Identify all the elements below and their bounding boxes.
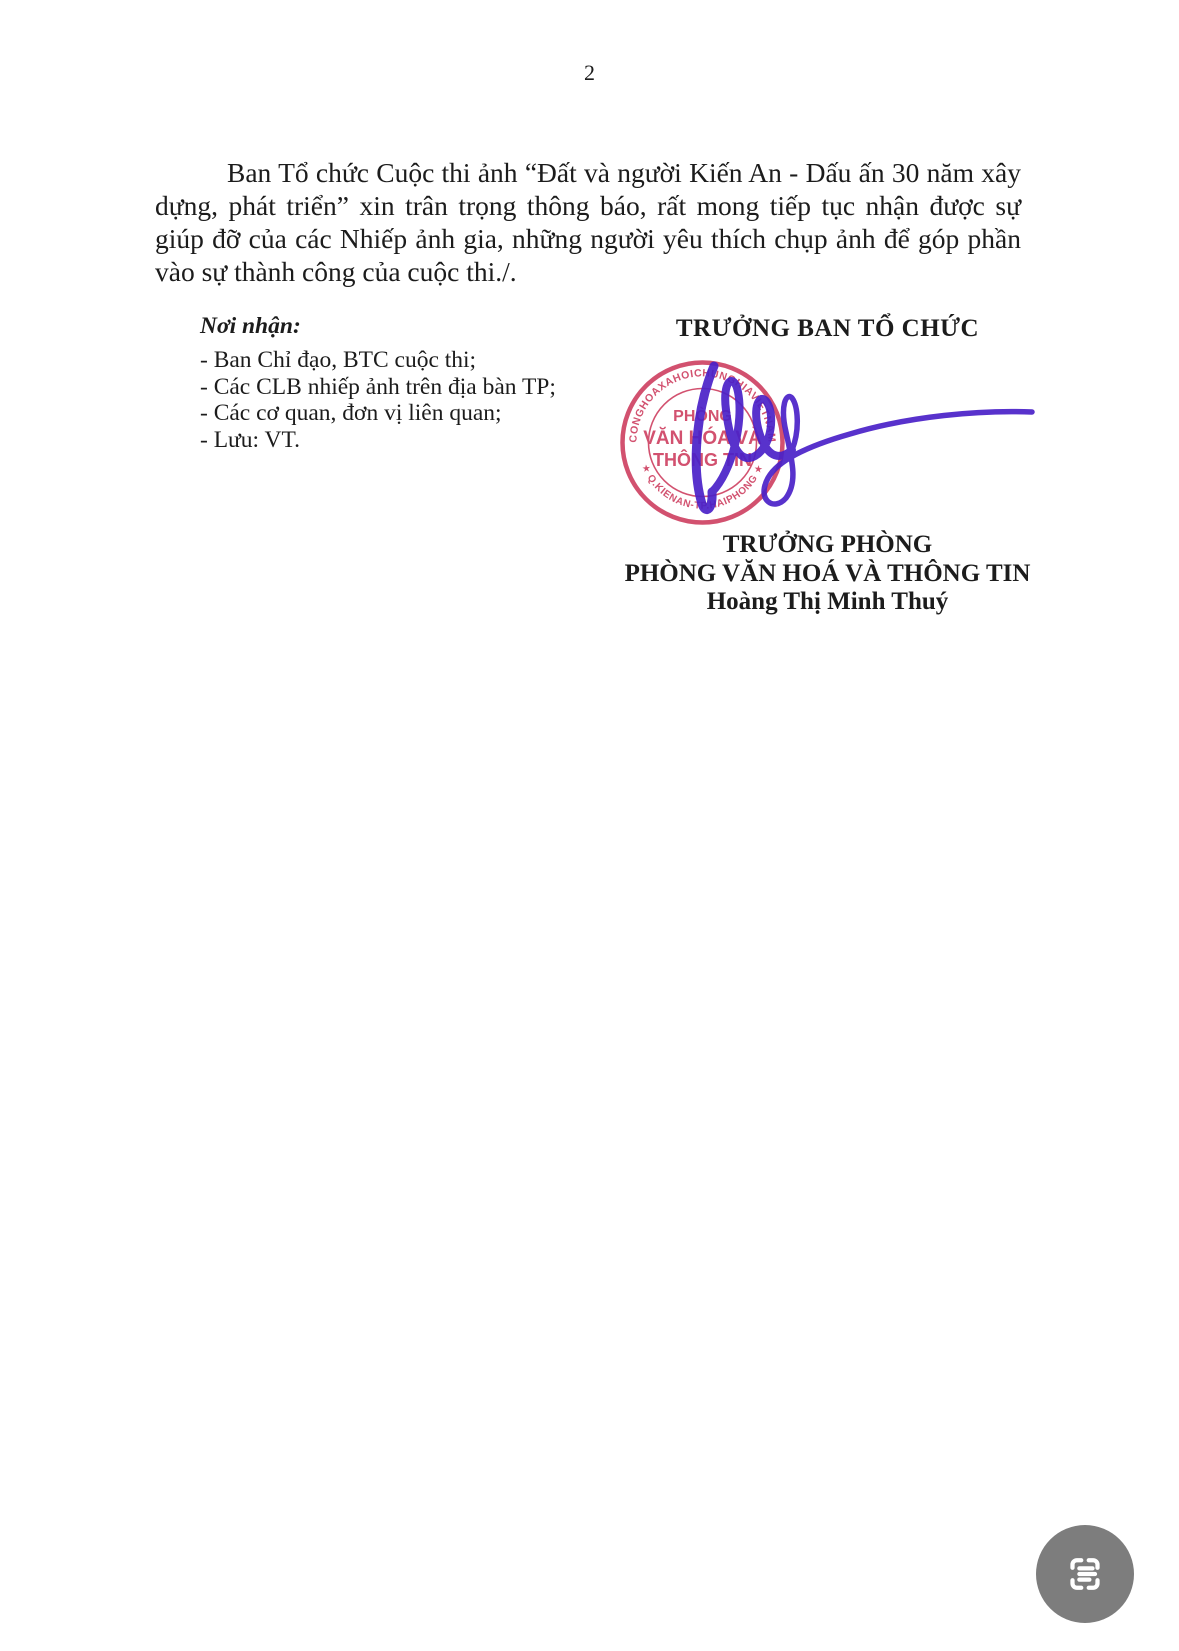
signature-stroke [764,397,1032,504]
signer-position-line2: PHÒNG VĂN HOÁ VÀ THÔNG TIN [595,560,1060,589]
recipients-item: - Lưu: VT. [200,427,560,454]
signature-block-title: TRƯỞNG BAN TỔ CHỨC [595,315,1060,343]
handwritten-signature-ink [640,352,1040,522]
document-page: 2 Ban Tổ chức Cuộc thi ảnh “Đất và người… [0,0,1179,1651]
signer-position-line1: TRƯỞNG PHÒNG [595,531,1060,560]
document-scan-icon [1055,1544,1115,1604]
signer-name: Hoàng Thị Minh Thuý [595,588,1060,617]
recipients-item: - Các cơ quan, đơn vị liên quan; [200,400,560,427]
recipients-heading: Nơi nhận: [200,311,560,341]
recipients-item: - Các CLB nhiếp ảnh trên địa bàn TP; [200,374,560,401]
page-number: 2 [0,60,1179,86]
body-paragraph: Ban Tổ chức Cuộc thi ảnh “Đất và người K… [155,156,1021,288]
recipients-item: - Ban Chỉ đạo, BTC cuộc thi; [200,347,560,374]
recipients-block: Nơi nhận: - Ban Chỉ đạo, BTC cuộc thi; -… [200,311,560,453]
scan-text-button[interactable] [1036,1525,1134,1623]
signature-stroke [712,381,792,492]
signer-block: TRƯỞNG PHÒNG PHÒNG VĂN HOÁ VÀ THÔNG TIN … [595,531,1060,617]
